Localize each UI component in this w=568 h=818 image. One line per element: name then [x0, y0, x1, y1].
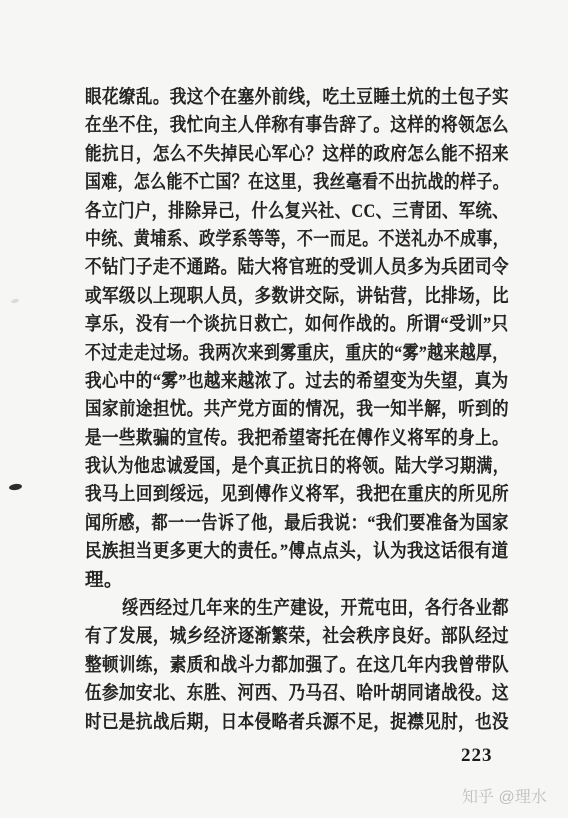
- text-line: 不钻门子走不通路。陆大将官班的受训人员多为兵团司令: [85, 254, 509, 282]
- text-line-content: 我心中的“雾”也越来越浓了。过去的希望变为失望，真为: [85, 368, 509, 396]
- text-line-content: 绥西经过几年来的生产建设，开荒屯田，各行各业都: [122, 595, 509, 623]
- text-line: 整顿训练，素质和战斗力都加强了。在这几年内我曾带队: [85, 652, 509, 680]
- text-line-content: 伍参加安北、东胜、河西、乃马召、哈叶胡同诸战役。这: [85, 680, 509, 708]
- text-line: 国难，怎么能不亡国？在这里，我丝毫看不出抗战的样子。: [85, 169, 509, 197]
- text-line-content: 闻所感，都一一告诉了他，最后我说：“我们要准备为国家: [85, 510, 509, 538]
- text-line: 伍参加安北、东胜、河西、乃马召、哈叶胡同诸战役。这: [85, 680, 509, 708]
- text-line-content: 民族担当更多更大的责任。”傅点点头，认为我这话很有道: [85, 538, 509, 566]
- text-line-content: 能抗日，怎么不失掉民心军心？这样的政府怎么能不招来: [85, 141, 509, 169]
- text-line-content: 我马上回到绥远，见到傅作义将军，我把在重庆的所见所: [85, 481, 509, 509]
- text-line: 享乐，没有一个谈抗日救亡，如何作战的。所谓“受训”只: [85, 311, 509, 339]
- text-line-content: 时已是抗战后期，日本侵略者兵源不足，捉襟见肘，也没: [85, 709, 509, 737]
- text-line-content: 不过走走过场。我两次来到雾重庆，重庆的“雾”越来越厚，: [85, 340, 509, 368]
- text-line: 民族担当更多更大的责任。”傅点点头，认为我这话很有道: [85, 538, 509, 566]
- text-line-content: 我认为他忠诚爱国，是个真正抗日的将领。陆大学习期满，: [85, 453, 509, 481]
- text-line: 中统、黄埔系、政学系等等，不一而足。不送礼办不成事，: [85, 226, 509, 254]
- text-line: 能抗日，怎么不失掉民心军心？这样的政府怎么能不招来: [85, 141, 509, 169]
- text-line: 时已是抗战后期，日本侵略者兵源不足，捉襟见肘，也没: [85, 709, 509, 737]
- scanned-book-page: 眼花缭乱。我这个在塞外前线，吃土豆睡土炕的土包子实在坐不住，我忙向主人佯称有事告…: [0, 0, 568, 818]
- text-line-content: 国家前途担忧。共产党方面的情况，我一知半解，听到的: [85, 396, 509, 424]
- text-line-content: 整顿训练，素质和战斗力都加强了。在这几年内我曾带队: [85, 652, 509, 680]
- text-line: 闻所感，都一一告诉了他，最后我说：“我们要准备为国家: [85, 510, 509, 538]
- text-line-content: 有了发展，城乡经济逐渐繁荣，社会秩序良好。部队经过: [85, 623, 509, 651]
- text-line-content: 是一些欺骗的宣传。我把希望寄托在傅作义将军的身上。: [85, 425, 509, 453]
- text-line: 理。: [85, 567, 509, 595]
- body-text: 眼花缭乱。我这个在塞外前线，吃土豆睡土炕的土包子实在坐不住，我忙向主人佯称有事告…: [85, 84, 509, 737]
- text-line-content: 理。: [85, 567, 123, 595]
- text-line: 眼花缭乱。我这个在塞外前线，吃土豆睡土炕的土包子实: [85, 84, 509, 112]
- text-line: 或军级以上现职人员，多数讲交际，讲钻营，比排场，比: [85, 283, 509, 311]
- text-line-content: 国难，怎么能不亡国？在这里，我丝毫看不出抗战的样子。: [85, 169, 509, 197]
- text-line: 是一些欺骗的宣传。我把希望寄托在傅作义将军的身上。: [85, 425, 509, 453]
- page-number: 223: [461, 745, 493, 767]
- text-line: 在坐不住，我忙向主人佯称有事告辞了。这样的将领怎么: [85, 112, 509, 140]
- text-line-content: 不钻门子走不通路。陆大将官班的受训人员多为兵团司令: [85, 254, 509, 282]
- text-line-content: 或军级以上现职人员，多数讲交际，讲钻营，比排场，比: [85, 283, 509, 311]
- text-line-content: 享乐，没有一个谈抗日救亡，如何作战的。所谓“受训”只: [85, 311, 509, 339]
- text-line: 不过走走过场。我两次来到雾重庆，重庆的“雾”越来越厚，: [85, 340, 509, 368]
- text-line: 绥西经过几年来的生产建设，开荒屯田，各行各业都: [85, 595, 509, 623]
- text-line: 我马上回到绥远，见到傅作义将军，我把在重庆的所见所: [85, 481, 509, 509]
- text-line-content: 眼花缭乱。我这个在塞外前线，吃土豆睡土炕的土包子实: [85, 84, 509, 112]
- text-line: 我心中的“雾”也越来越浓了。过去的希望变为失望，真为: [85, 368, 509, 396]
- ink-smudge-icon: [9, 483, 23, 491]
- text-line: 国家前途担忧。共产党方面的情况，我一知半解，听到的: [85, 396, 509, 424]
- text-line: 有了发展，城乡经济逐渐繁荣，社会秩序良好。部队经过: [85, 623, 509, 651]
- text-line: 我认为他忠诚爱国，是个真正抗日的将领。陆大学习期满，: [85, 453, 509, 481]
- text-line: 各立门户，排除异己，什么复兴社、CC、三青团、军统、: [85, 198, 509, 226]
- text-line-content: 中统、黄埔系、政学系等等，不一而足。不送礼办不成事，: [85, 226, 509, 254]
- text-line-content: 各立门户，排除异己，什么复兴社、CC、三青团、军统、: [85, 198, 509, 226]
- text-line-content: 在坐不住，我忙向主人佯称有事告辞了。这样的将领怎么: [85, 112, 509, 140]
- watermark: 知乎 @理水: [462, 784, 562, 807]
- ink-smudge-faint-icon: [11, 298, 20, 304]
